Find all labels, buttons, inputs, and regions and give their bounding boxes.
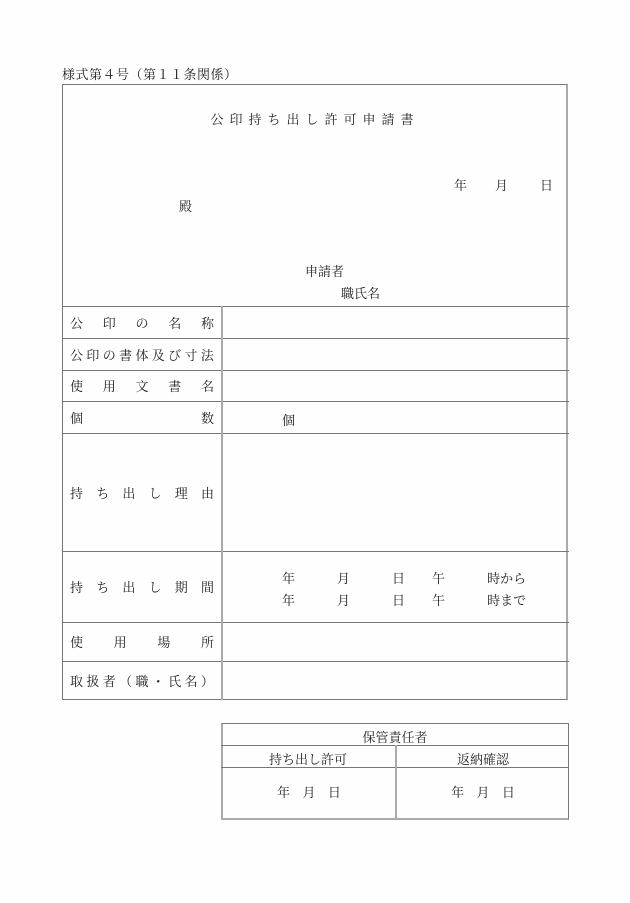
label-document-name: 使用文書名: [70, 370, 214, 401]
year-label: 年: [454, 175, 467, 194]
reason-field[interactable]: [223, 434, 568, 551]
period-to: 年月日午時まで: [282, 590, 526, 609]
label-seal-name: 公印の名称: [70, 306, 214, 338]
take-out-permission-date[interactable]: 年 月 日: [223, 768, 395, 819]
label-usage-place: 使用場所: [70, 622, 214, 661]
custodian-header: 保管責任者: [221, 727, 569, 746]
label-seal-style-size: 公印の書体及び寸法: [70, 338, 214, 370]
return-confirmation-date[interactable]: 年 月 日: [397, 768, 569, 819]
label-reason: 持ち出し理由: [70, 433, 214, 551]
quantity-field[interactable]: 個: [223, 402, 568, 433]
document-name-field[interactable]: [223, 371, 568, 401]
day-label: 日: [540, 175, 553, 194]
label-period: 持ち出し期間: [70, 551, 214, 622]
month-label: 月: [495, 175, 508, 194]
addressee-suffix: 殿: [179, 196, 192, 215]
form-title: 公印持ち出し許可申請書: [62, 109, 568, 128]
usage-place-field[interactable]: [223, 623, 568, 661]
quantity-unit: 個: [282, 410, 295, 429]
applicant-position-name-label: 職氏名: [341, 283, 380, 302]
application-date[interactable]: 年月日: [454, 175, 553, 194]
period-field[interactable]: 年月日午時から 年月日午時まで: [223, 552, 568, 622]
label-handler: 取扱者（職・氏名）: [70, 661, 214, 700]
form-id: 様式第４号（第１１条関係）: [62, 64, 238, 83]
applicant-label: 申請者: [305, 261, 344, 280]
period-from: 年月日午時から: [282, 568, 526, 587]
return-confirmation-header: 返納確認: [397, 749, 569, 768]
seal-style-size-field[interactable]: [223, 339, 568, 370]
seal-name-field[interactable]: [223, 307, 568, 338]
label-quantity: 個数: [70, 401, 214, 433]
handler-field[interactable]: [223, 662, 568, 700]
take-out-permission-header: 持ち出し許可: [221, 749, 395, 768]
